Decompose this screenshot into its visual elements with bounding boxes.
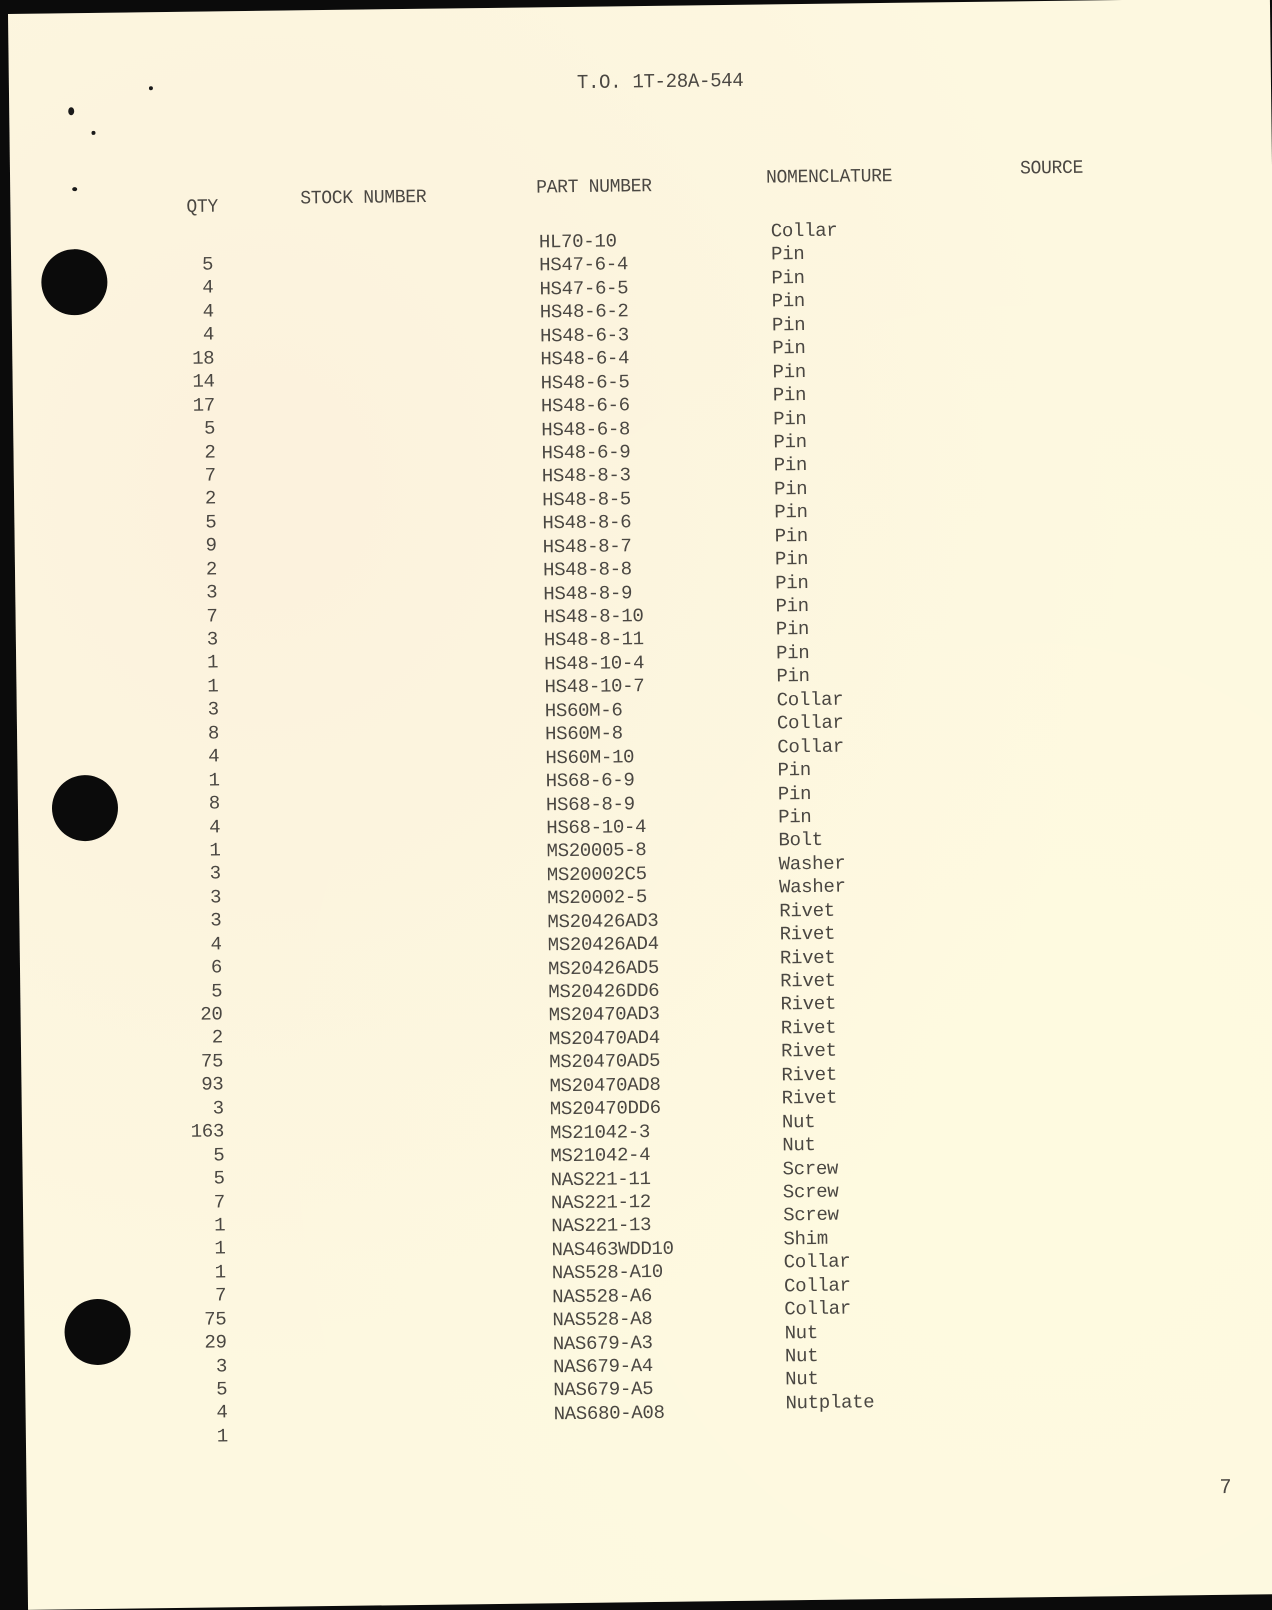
nomenclature-cell: Pin [772,360,861,385]
qty-cell: 163 [172,1121,224,1145]
part-number-cell: HS48-6-4 [540,347,662,372]
qty-cell: 1 [168,769,220,793]
part-number-cell: HS48-8-7 [543,534,665,559]
part-number-cell: HS48-10-7 [544,675,666,700]
nomenclature-cell: Pin [774,477,863,502]
punch-hole [41,249,108,316]
speck [91,131,95,135]
qty-cell: 14 [163,371,215,395]
nomenclature-cell: Collar [771,219,860,244]
nomenclature-cell: Nut [785,1368,874,1393]
nomenclature-cell: Nut [782,1110,871,1135]
nomenclature-cell: Pin [778,782,867,807]
header-source: SOURCE [1020,158,1083,180]
nomenclature-cell: Rivet [780,993,869,1018]
part-number-cell: NAS221-11 [551,1167,673,1192]
scanned-page: T.O. 1T-28A-544 QTY STOCK NUMBER PART NU… [8,0,1272,1610]
qty-cell: 1 [168,839,220,863]
nomenclature-cell: Pin [774,524,863,549]
part-number-cell: MS20470AD3 [548,1003,670,1028]
nomenclature-cell: Pin [774,501,863,526]
nomenclature-cell: Pin [778,805,867,830]
nomenclature-cell: Pin [771,266,860,291]
qty-cell: 7 [174,1285,226,1309]
qty-cell: 7 [165,605,217,629]
qty-cell: 5 [173,1167,225,1191]
qty-cell: 4 [167,746,219,770]
part-number-cell: NAS221-13 [551,1214,673,1239]
nomenclature-cell: Nutplate [785,1391,874,1416]
part-number-cell: NAS680-A08 [553,1402,675,1427]
qty-cell: 3 [167,699,219,723]
qty-cell: 3 [169,886,221,910]
part-number-cell: HS48-6-2 [540,300,662,325]
qty-cell: 2 [171,1027,223,1051]
part-number-cell: MS20470AD8 [549,1073,671,1098]
nomenclature-cell: Rivet [779,899,868,924]
part-number-cell: HS60M-6 [545,699,667,724]
nomenclature-cell: Washer [779,876,868,901]
nomenclature-cell: Collar [777,711,866,736]
qty-cell: 3 [169,863,221,887]
nomenclature-cell: Pin [776,665,865,690]
qty-column: 5444181417527259237311384184133346520275… [161,253,228,1449]
nomenclature-cell: Pin [772,336,861,361]
qty-cell: 9 [165,535,217,559]
part-number-cell: NAS463WDD10 [551,1238,673,1263]
nomenclature-cell: Bolt [778,829,867,854]
qty-cell: 4 [162,300,214,324]
part-number-cell: MS21042-4 [550,1144,672,1169]
part-number-cell: HS68-8-9 [546,792,668,817]
part-number-cell: HL70-10 [539,230,661,255]
nomenclature-cell: Pin [775,571,864,596]
part-number-column: HL70-10HS47-6-4HS47-6-5HS48-6-2HS48-6-3H… [539,230,676,1427]
qty-cell: 1 [176,1425,228,1449]
qty-cell: 93 [171,1074,223,1098]
qty-cell: 3 [172,1097,224,1121]
speck [149,86,153,90]
punch-hole [52,775,119,842]
part-number-cell: HS48-8-3 [542,464,664,489]
qty-cell: 4 [162,324,214,348]
nomenclature-cell: Screw [783,1180,872,1205]
part-number-cell: HS47-6-5 [539,277,661,302]
qty-cell: 7 [164,464,216,488]
part-number-cell: NAS528-A10 [552,1261,674,1286]
qty-cell: 8 [167,722,219,746]
nomenclature-column: CollarPinPinPinPinPinPinPinPinPinPinPinP… [771,219,875,1415]
qty-cell: 1 [166,652,218,676]
nomenclature-cell: Collar [777,735,866,760]
nomenclature-cell: Rivet [781,1040,870,1065]
part-number-cell: HS48-6-3 [540,324,662,349]
qty-cell: 75 [171,1050,223,1074]
nomenclature-cell: Pin [777,758,866,783]
nomenclature-cell: Washer [779,852,868,877]
document-id: T.O. 1T-28A-544 [577,69,744,94]
qty-cell: 20 [170,1003,222,1027]
part-number-cell: HS48-8-10 [543,605,665,630]
nomenclature-cell: Screw [783,1204,872,1229]
nomenclature-cell: Shim [783,1227,872,1252]
qty-cell: 4 [161,277,213,301]
qty-cell: 3 [175,1355,227,1379]
qty-cell: 1 [173,1214,225,1238]
qty-cell: 17 [163,394,215,418]
nomenclature-cell: Rivet [781,1063,870,1088]
qty-cell: 4 [168,816,220,840]
page-number: 7 [1219,1476,1231,1500]
part-number-cell: HS48-10-4 [544,652,666,677]
qty-cell: 2 [163,441,215,465]
qty-cell: 5 [163,417,215,441]
nomenclature-cell: Screw [782,1157,871,1182]
nomenclature-cell: Pin [776,618,865,643]
qty-cell: 4 [175,1402,227,1426]
nomenclature-cell: Nut [782,1133,871,1158]
part-number-cell: NAS528-A8 [552,1308,674,1333]
nomenclature-cell: Pin [775,547,864,572]
nomenclature-cell: Pin [773,383,862,408]
qty-cell: 3 [166,628,218,652]
nomenclature-cell: Pin [771,243,860,268]
nomenclature-cell: Collar [784,1250,873,1275]
part-number-cell: NAS679-A3 [553,1331,675,1356]
qty-cell: 5 [172,1144,224,1168]
nomenclature-cell: Collar [777,688,866,713]
qty-cell: 5 [164,511,216,535]
nomenclature-cell: Nut [785,1344,874,1369]
part-number-cell: MS20002C5 [547,863,669,888]
part-number-cell: HS48-6-5 [541,370,663,395]
nomenclature-cell: Pin [772,313,861,338]
header-part-number: PART NUMBER [536,176,652,198]
qty-cell: 5 [170,980,222,1004]
qty-cell: 3 [165,582,217,606]
part-number-cell: NAS679-A4 [553,1355,675,1380]
nomenclature-cell: Pin [774,454,863,479]
part-number-cell: HS68-6-9 [546,769,668,794]
speck [68,107,74,115]
part-number-cell: HS48-8-5 [542,488,664,513]
speck [72,187,77,191]
part-number-cell: MS20470DD6 [550,1097,672,1122]
qty-cell: 1 [173,1238,225,1262]
qty-cell: 2 [165,558,217,582]
qty-cell: 1 [166,675,218,699]
qty-cell: 18 [162,347,214,371]
part-number-cell: HS68-10-4 [546,816,668,841]
header-nomenclature: NOMENCLATURE [766,166,892,189]
qty-cell: 3 [169,910,221,934]
part-number-cell: HS48-8-11 [544,628,666,653]
part-number-cell: MS20470AD5 [549,1050,671,1075]
part-number-cell: HS48-6-8 [541,417,663,442]
part-number-cell: HS60M-8 [545,722,667,747]
nomenclature-cell: Collar [784,1274,873,1299]
part-number-cell: HS48-6-9 [541,441,663,466]
part-number-cell: HS48-6-6 [541,394,663,419]
punch-hole [64,1299,131,1366]
qty-cell: 2 [164,488,216,512]
nomenclature-cell: Pin [772,290,861,315]
part-number-cell: HS60M-10 [545,745,667,770]
nomenclature-cell: Pin [773,407,862,432]
part-number-cell: MS20426DD6 [548,980,670,1005]
part-number-cell: MS20470AD4 [549,1027,671,1052]
part-number-cell: MS20002-5 [547,886,669,911]
part-number-cell: MS20426AD3 [547,909,669,934]
qty-cell: 1 [174,1261,226,1285]
part-number-cell: MS20005-8 [546,839,668,864]
nomenclature-cell: Pin [775,594,864,619]
nomenclature-cell: Rivet [782,1086,871,1111]
part-number-cell: MS20426AD4 [548,933,670,958]
nomenclature-cell: Nut [784,1321,873,1346]
nomenclature-cell: Rivet [780,969,869,994]
part-number-cell: HS47-6-4 [539,253,661,278]
part-number-cell: HS48-8-8 [543,558,665,583]
qty-cell: 8 [168,792,220,816]
nomenclature-cell: Collar [784,1297,873,1322]
qty-cell: 75 [174,1308,226,1332]
nomenclature-cell: Pin [776,641,865,666]
part-number-cell: NAS221-12 [551,1191,673,1216]
qty-cell: 6 [170,957,222,981]
part-number-cell: MS21042-3 [550,1120,672,1145]
nomenclature-cell: Pin [773,430,862,455]
part-number-cell: NAS528-A6 [552,1284,674,1309]
header-stock-number: STOCK NUMBER [300,187,426,210]
nomenclature-cell: Rivet [779,922,868,947]
qty-cell: 4 [170,933,222,957]
part-number-cell: MS20426AD5 [548,956,670,981]
qty-cell: 5 [175,1378,227,1402]
qty-cell: 5 [161,253,213,277]
part-number-cell: NAS679-A5 [553,1378,675,1403]
header-qty: QTY [186,197,218,218]
part-number-cell: HS48-8-9 [543,581,665,606]
nomenclature-cell: Rivet [781,1016,870,1041]
part-number-cell: HS48-8-6 [542,511,664,536]
qty-cell: 29 [175,1331,227,1355]
qty-cell: 7 [173,1191,225,1215]
nomenclature-cell: Rivet [780,946,869,971]
